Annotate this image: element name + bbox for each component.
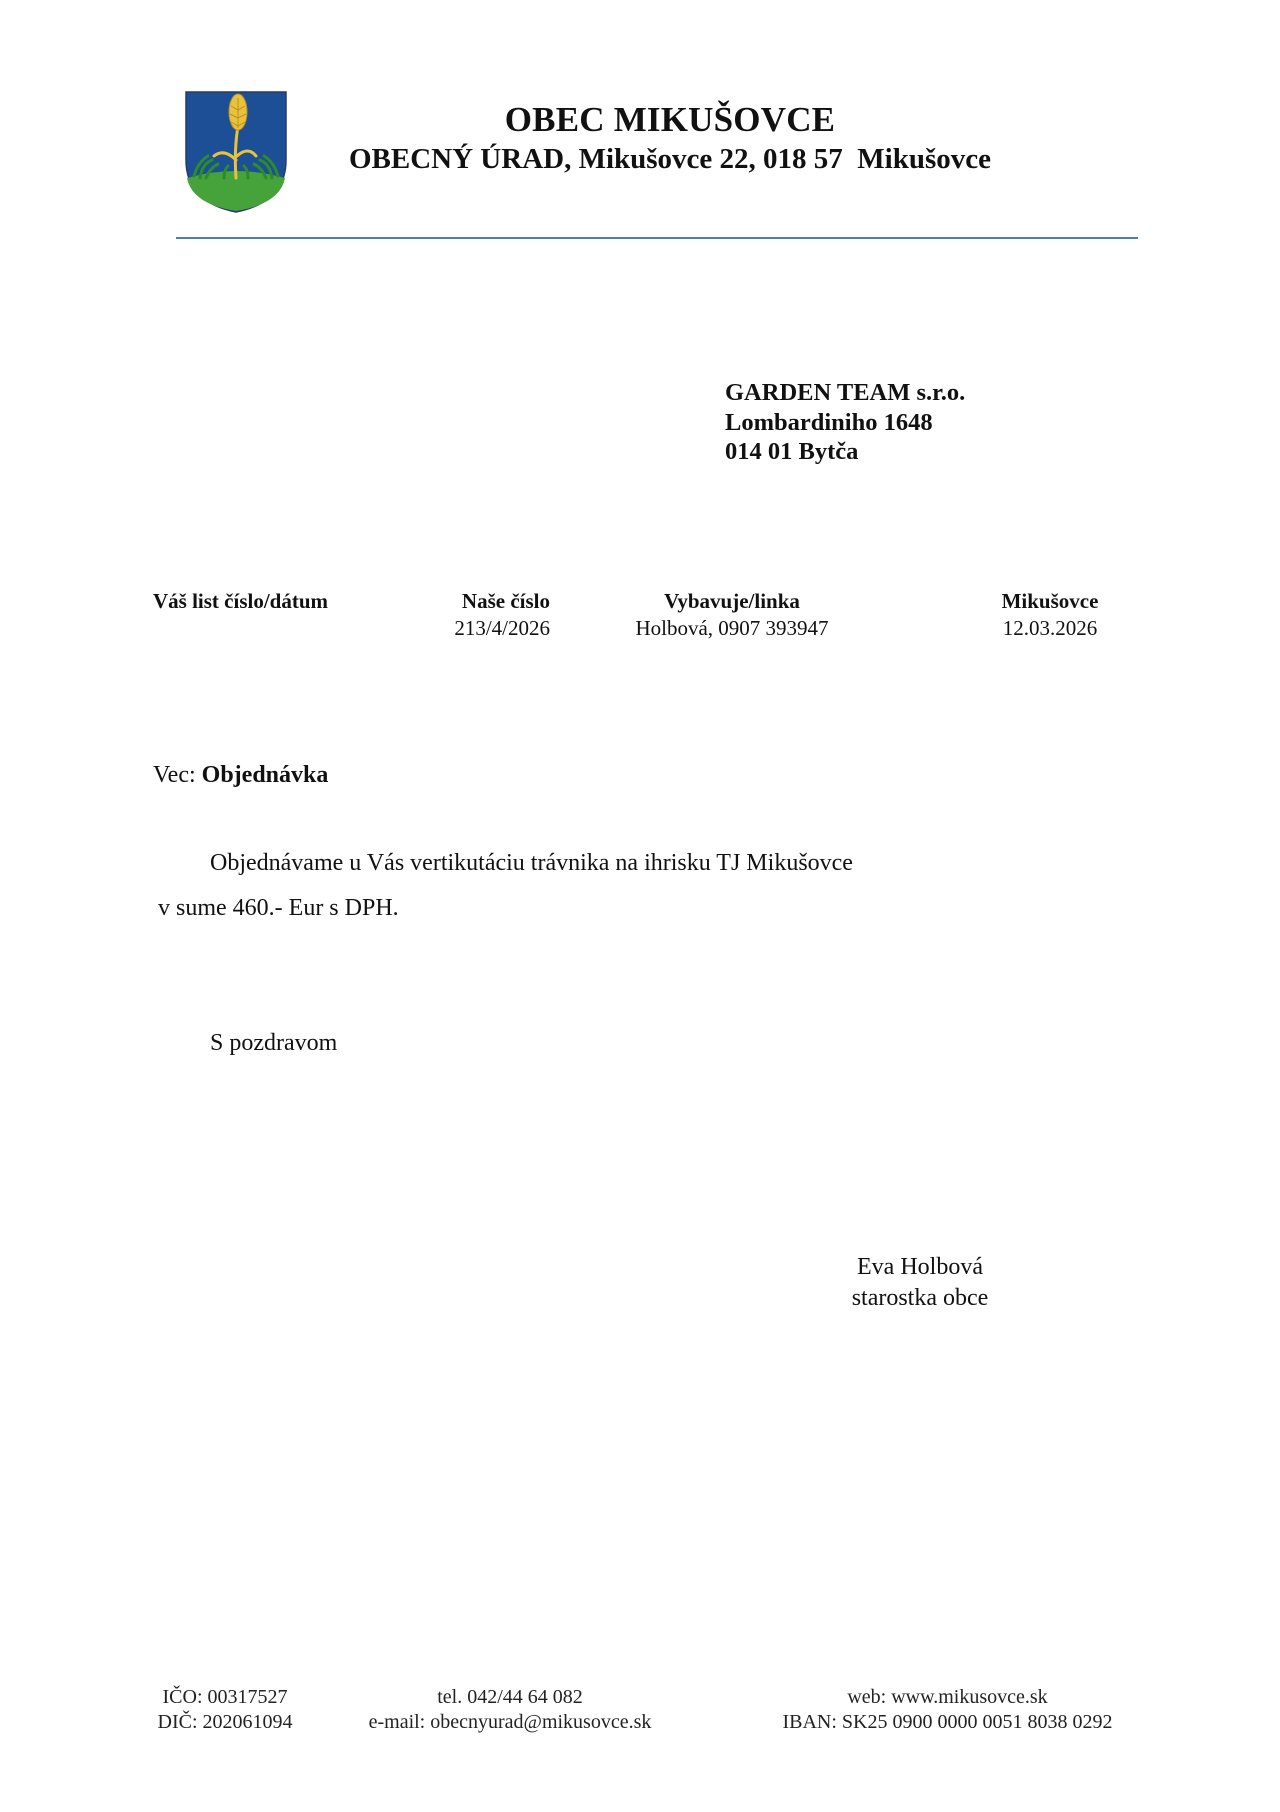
ref-handled-by-value: Holbová, 0907 393947 — [612, 615, 852, 642]
body-line-1: Objednávame u Vás vertikutáciu trávnika … — [210, 850, 853, 877]
footer-iban: IBAN: SK25 0900 0000 0051 8038 0292 — [755, 1710, 1140, 1735]
ref-our-number-value: 213/4/2026 — [420, 615, 550, 642]
recipient-city: 014 01 Bytča — [725, 437, 965, 467]
subject-prefix: Vec: — [153, 762, 196, 788]
ref-handled-by-label: Vybavuje/linka — [612, 588, 852, 615]
footer-tel: tel. 042/44 64 082 — [340, 1685, 680, 1710]
municipality-title: OBEC MIKUŠOVCE — [0, 100, 1280, 140]
ref-your-letter: Váš list číslo/dátum — [153, 588, 328, 615]
signatory-name: Eva Holbová — [820, 1252, 1020, 1283]
subject-title: Objednávka — [202, 762, 329, 788]
ref-our-number-label: Naše číslo — [420, 588, 550, 615]
signatory-role: starostka obce — [820, 1283, 1020, 1314]
footer-dic: DIČ: 202061094 — [145, 1710, 305, 1735]
ref-date-value: 12.03.2026 — [985, 615, 1115, 642]
recipient-name: GARDEN TEAM s.r.o. — [725, 378, 965, 408]
ref-your-letter-label: Váš list číslo/dátum — [153, 588, 328, 615]
footer-ids: IČO: 00317527 DIČ: 202061094 — [145, 1685, 305, 1735]
closing-greeting: S pozdravom — [210, 1030, 337, 1057]
footer-ico: IČO: 00317527 — [145, 1685, 305, 1710]
footer-email: e-mail: obecnyurad@mikusovce.sk — [340, 1710, 680, 1735]
body-line-2: v sume 460.- Eur s DPH. — [158, 895, 399, 922]
ref-handled-by: Vybavuje/linka Holbová, 0907 393947 — [612, 588, 852, 642]
recipient-street: Lombardiniho 1648 — [725, 408, 965, 438]
footer-web: web: www.mikusovce.sk — [755, 1685, 1140, 1710]
footer-contact: tel. 042/44 64 082 e-mail: obecnyurad@mi… — [340, 1685, 680, 1735]
office-address: OBECNÝ ÚRAD, Mikušovce 22, 018 57 Mikušo… — [0, 143, 1280, 176]
ref-place-label: Mikušovce — [985, 588, 1115, 615]
ref-place-date: Mikušovce 12.03.2026 — [985, 588, 1115, 642]
ref-our-number: Naše číslo 213/4/2026 — [420, 588, 550, 642]
header-divider — [176, 237, 1138, 239]
signature-block: Eva Holbová starostka obce — [820, 1252, 1020, 1314]
recipient-address: GARDEN TEAM s.r.o. Lombardiniho 1648 014… — [725, 378, 965, 467]
subject-line: Vec: Objednávka — [153, 762, 328, 789]
footer-web-bank: web: www.mikusovce.sk IBAN: SK25 0900 00… — [755, 1685, 1140, 1735]
